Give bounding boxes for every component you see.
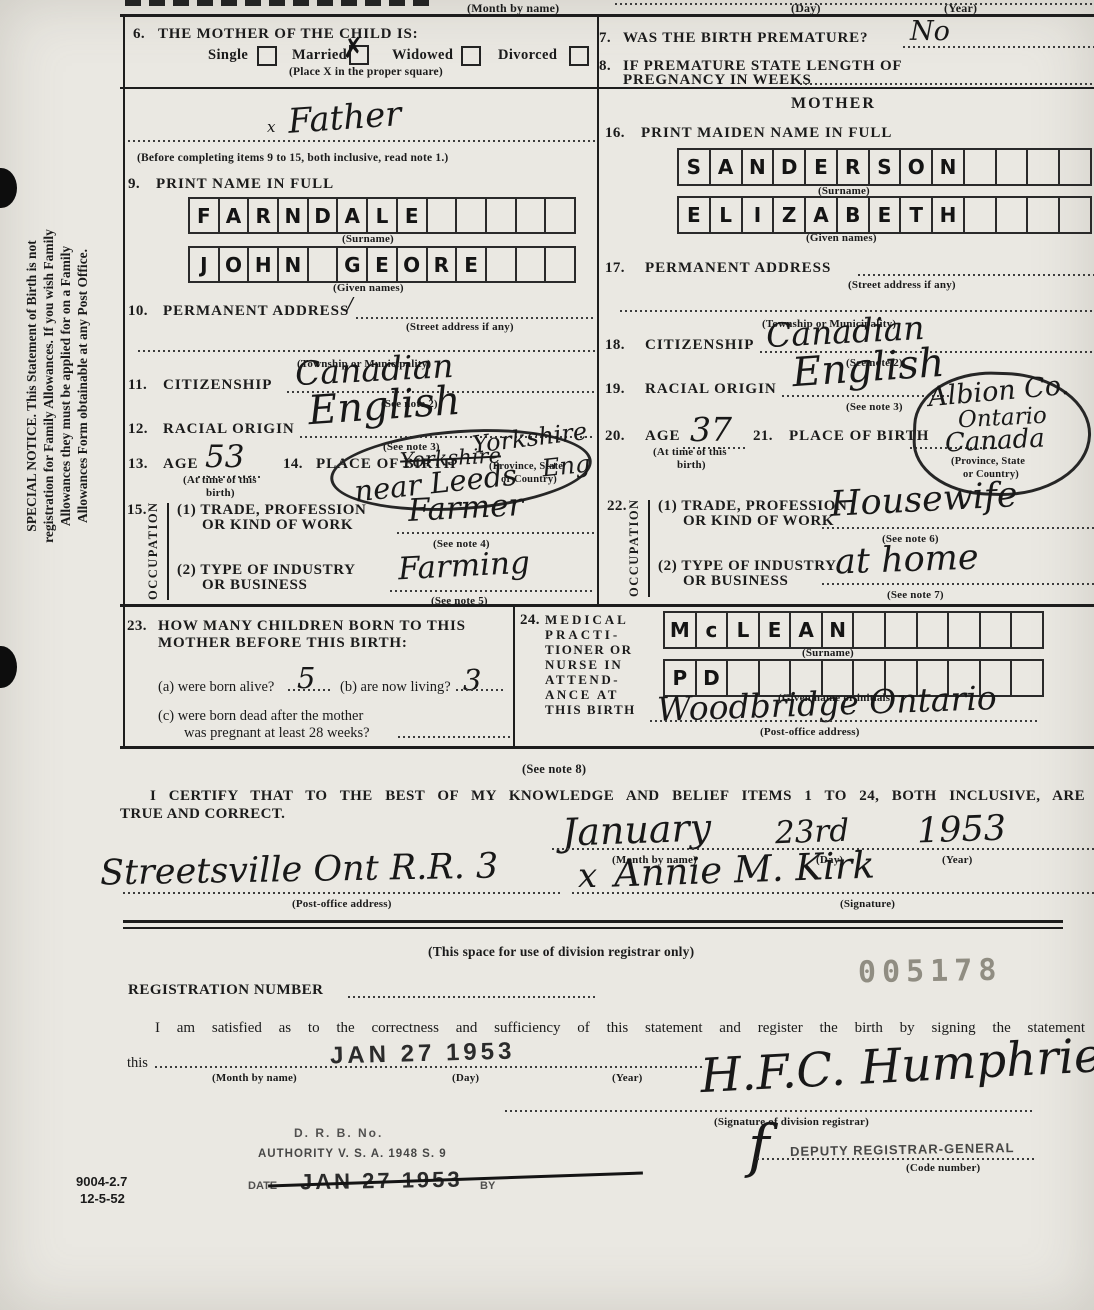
item15-q1-line2: OR KIND OF WORK bbox=[202, 517, 353, 534]
item15-q2-value-handwritten: Farming bbox=[397, 545, 531, 588]
by-label: BY bbox=[480, 1180, 495, 1192]
province-hint-1: (Province, State bbox=[951, 456, 1025, 467]
dotted-line bbox=[123, 892, 560, 894]
letter-cell: N bbox=[277, 199, 307, 232]
item23-line1: HOW MANY CHILDREN BORN TO THIS bbox=[158, 618, 466, 635]
letter-cell: E bbox=[679, 198, 709, 232]
at-time-hint-2: birth) bbox=[206, 487, 235, 499]
item18-label: CITIZENSHIP bbox=[645, 337, 754, 354]
item13-label: AGE bbox=[163, 456, 199, 473]
letter-cell bbox=[1058, 198, 1090, 232]
letter-cell: O bbox=[218, 248, 248, 281]
married-check-mark: ✗ bbox=[340, 32, 366, 65]
letter-cell: c bbox=[695, 613, 727, 647]
letter-cell bbox=[963, 150, 995, 184]
see-note-8-hint: (See note 8) bbox=[522, 762, 586, 777]
registrar-signature-handwritten: H.F.C. Humphries bbox=[699, 1027, 1094, 1104]
option-divorced-label: Divorced bbox=[498, 47, 557, 64]
letter-cell bbox=[515, 199, 545, 232]
dotted-line bbox=[800, 83, 1094, 85]
surname-hint: (Surname) bbox=[342, 233, 394, 245]
item23-line2: MOTHER BEFORE THIS BIRTH: bbox=[158, 635, 408, 652]
post-office-address-hint: (Post-office address) bbox=[292, 898, 392, 910]
special-notice-line: SPECIAL NOTICE. This Statement of Birth … bbox=[23, 150, 40, 622]
signature-of-division-registrar-hint: (Signature of division registrar) bbox=[714, 1116, 869, 1128]
certify-address-handwritten: Streetsville Ont R.R. 3 bbox=[100, 847, 499, 894]
item24-label-line: ANCE AT bbox=[545, 687, 619, 703]
year-hint: (Year) bbox=[942, 854, 973, 866]
letter-cell: R bbox=[836, 150, 868, 184]
option-married-label: Married bbox=[292, 47, 347, 64]
letter-cell bbox=[916, 613, 948, 647]
letter-cell bbox=[947, 613, 979, 647]
hole-punch-top bbox=[0, 168, 17, 208]
this-label: this bbox=[127, 1055, 148, 1072]
letter-cell: M bbox=[665, 613, 695, 647]
letter-cell: O bbox=[899, 150, 931, 184]
dotted-line bbox=[128, 140, 595, 142]
item7-value-handwritten: No bbox=[910, 16, 950, 47]
letter-cell bbox=[485, 199, 515, 232]
item21-label: PLACE OF BIRTH bbox=[789, 428, 929, 445]
item7-label: WAS THE BIRTH PREMATURE? bbox=[623, 30, 868, 47]
item23-qc-line1: (c) were born dead after the mother bbox=[158, 708, 363, 725]
item15-number: 15. bbox=[127, 502, 147, 519]
letter-cell bbox=[963, 198, 995, 232]
occupation-divider bbox=[648, 500, 650, 597]
informant-signature-handwritten: Annie M. Kirk bbox=[613, 843, 875, 895]
letter-cell: E bbox=[366, 248, 396, 281]
certify-line2: TRUE AND CORRECT. bbox=[120, 806, 285, 823]
father-annotation-mark: x bbox=[267, 118, 275, 136]
letter-cell: N bbox=[931, 150, 963, 184]
letter-cell bbox=[979, 613, 1011, 647]
letter-cell: A bbox=[336, 199, 366, 232]
special-notice-line: Allowances they must be applied for on a… bbox=[57, 150, 74, 622]
letter-cell bbox=[307, 248, 337, 281]
item23-qb-value-handwritten: 3 bbox=[463, 663, 481, 697]
given-names-hint: (Given names) bbox=[333, 282, 404, 294]
double-rule-bottom bbox=[123, 927, 1063, 929]
letter-cell bbox=[455, 199, 485, 232]
registrar-space-note: (This space for use of division registra… bbox=[428, 944, 694, 960]
letter-cell: A bbox=[709, 150, 741, 184]
item24-label-line: ATTEND- bbox=[545, 672, 620, 688]
certify-line1: I CERTIFY THAT TO THE BEST OF MY KNOWLED… bbox=[150, 788, 1085, 805]
letter-cell bbox=[485, 248, 515, 281]
at-time-hint-1: (At time of this bbox=[183, 474, 257, 486]
item14-number: 14. bbox=[283, 456, 303, 473]
item8-label-line2: PREGNANCY IN WEEKS bbox=[623, 72, 812, 89]
letter-cell bbox=[884, 613, 916, 647]
item24-label-line: THIS BIRTH bbox=[545, 702, 636, 718]
registration-number-label: REGISTRATION NUMBER bbox=[128, 982, 324, 999]
letter-cell: O bbox=[396, 248, 426, 281]
letter-cell: S bbox=[679, 150, 709, 184]
dotted-line bbox=[903, 46, 1094, 48]
letter-cell: T bbox=[899, 198, 931, 232]
hole-punch-bottom bbox=[0, 646, 17, 688]
item19-value-handwritten: English bbox=[791, 340, 946, 397]
code-number-hint: (Code number) bbox=[906, 1162, 980, 1174]
mother-header: MOTHER bbox=[791, 95, 876, 113]
dotted-line bbox=[650, 720, 1040, 722]
letter-cell bbox=[995, 150, 1027, 184]
item21-value3-handwritten: Canada bbox=[944, 423, 1045, 458]
dotted-line bbox=[572, 892, 1094, 894]
practitioner-surname-boxes: McLEAN bbox=[663, 611, 1044, 649]
day-hint: (Day) bbox=[452, 1072, 479, 1084]
given-names-hint: (Given names) bbox=[806, 232, 877, 244]
item6-label: THE MOTHER OF THE CHILD IS: bbox=[158, 26, 418, 43]
deputy-registrar-general-stamp: DEPUTY REGISTRAR-GENERAL bbox=[790, 1140, 1015, 1159]
item22-q1-line2: OR KIND OF WORK bbox=[683, 513, 834, 530]
letter-cell: H bbox=[931, 198, 963, 232]
street-address-hint: (Street address if any) bbox=[406, 321, 514, 333]
horizontal-rule bbox=[120, 87, 1094, 89]
item20-value-handwritten: 37 bbox=[690, 410, 732, 449]
item24-label-line: MEDICAL bbox=[545, 612, 629, 628]
dotted-line bbox=[348, 996, 596, 998]
item21-number: 21. bbox=[753, 428, 773, 445]
authority-label: AUTHORITY V. S. A. 1948 S. 9 bbox=[258, 1148, 447, 1160]
option-widowed-label: Widowed bbox=[392, 47, 453, 64]
letter-cell: L bbox=[366, 199, 396, 232]
occupation-side-label: OCCUPATION bbox=[146, 503, 161, 600]
dotted-line bbox=[615, 3, 1094, 5]
item20-label: AGE bbox=[645, 428, 681, 445]
dotted-line bbox=[356, 317, 595, 319]
letter-cell bbox=[515, 248, 545, 281]
item22-number: 22. bbox=[607, 498, 627, 515]
item12-value-handwritten: English bbox=[307, 378, 462, 435]
item24-label-line: TIONER OR bbox=[545, 642, 633, 658]
item15-q1-value-handwritten: Farmer bbox=[407, 487, 524, 529]
letter-cell bbox=[1026, 150, 1058, 184]
letter-cell: E bbox=[396, 199, 426, 232]
item13-value-handwritten: 53 bbox=[205, 439, 244, 475]
occupation-divider bbox=[167, 503, 169, 600]
letter-cell bbox=[1026, 198, 1058, 232]
double-rule-top bbox=[123, 920, 1063, 923]
dotted-line bbox=[398, 736, 510, 738]
item24-number: 24. bbox=[520, 612, 540, 629]
letter-cell bbox=[426, 199, 456, 232]
post-office-address-hint: (Post-office address) bbox=[760, 726, 860, 738]
date-registered-stamp: JAN 27 1953 bbox=[330, 1038, 516, 1071]
dotted-line bbox=[757, 1158, 1035, 1160]
letter-cell: N bbox=[277, 248, 307, 281]
item12-number: 12. bbox=[128, 421, 148, 438]
mother-given-boxes: ELIZABETH bbox=[677, 196, 1092, 234]
item23-qb-label: (b) are now living? bbox=[340, 679, 451, 696]
dotted-line bbox=[397, 532, 595, 534]
year-hint: (Year) bbox=[612, 1072, 643, 1084]
column-divider bbox=[597, 16, 599, 605]
item6-number: 6. bbox=[133, 26, 145, 43]
letter-cell bbox=[995, 198, 1027, 232]
section-divider bbox=[513, 604, 515, 748]
occupation-side-label: OCCUPATION bbox=[627, 500, 642, 597]
item16-number: 16. bbox=[605, 125, 625, 142]
letter-cell: L bbox=[726, 613, 758, 647]
item7-number: 7. bbox=[599, 30, 611, 47]
item11-number: 11. bbox=[128, 377, 147, 394]
letter-cell: A bbox=[804, 198, 836, 232]
form-code-line1: 9004-2.7 bbox=[76, 1174, 127, 1189]
letter-cell: E bbox=[758, 613, 790, 647]
certify-year-handwritten: 1953 bbox=[916, 808, 1006, 851]
form-code-line2: 12-5-52 bbox=[80, 1191, 125, 1206]
divorced-checkbox bbox=[569, 46, 589, 66]
letter-cell bbox=[852, 613, 884, 647]
item18-number: 18. bbox=[605, 337, 625, 354]
letter-cell: R bbox=[247, 199, 277, 232]
item9-number: 9. bbox=[128, 176, 140, 193]
item10-handwritten-mark: / bbox=[347, 294, 353, 315]
horizontal-rule bbox=[120, 746, 1094, 749]
registration-number-stamp: 005178 bbox=[858, 953, 1003, 991]
item10-label: PERMANENT ADDRESS bbox=[163, 303, 349, 320]
drb-number-label: D. R. B. No. bbox=[294, 1126, 383, 1140]
at-time-hint-1: (At time of this bbox=[653, 446, 727, 458]
widowed-checkbox bbox=[461, 46, 481, 66]
item8-number: 8. bbox=[599, 58, 611, 75]
dotted-line bbox=[288, 689, 330, 691]
dotted-line bbox=[456, 689, 506, 691]
letter-cell: L bbox=[709, 198, 741, 232]
item23-qc-line2: was pregnant at least 28 weeks? bbox=[184, 725, 370, 742]
letter-cell: B bbox=[836, 198, 868, 232]
street-address-hint: (Street address if any) bbox=[848, 279, 956, 291]
month-hint: (Month by name) bbox=[212, 1072, 297, 1084]
item17-label: PERMANENT ADDRESS bbox=[645, 260, 831, 277]
item22-q2-value-handwritten: at home bbox=[834, 538, 979, 583]
letter-cell bbox=[1010, 661, 1042, 695]
item19-label: RACIAL ORIGIN bbox=[645, 381, 777, 398]
signature-hint: (Signature) bbox=[840, 898, 895, 910]
item12-label: RACIAL ORIGIN bbox=[163, 421, 295, 438]
letter-cell: D bbox=[307, 199, 337, 232]
father-surname-boxes: FARNDALE bbox=[188, 197, 576, 234]
item24-label-line: PRACTI- bbox=[545, 627, 620, 643]
dotted-line bbox=[822, 527, 1094, 529]
father-note: (Before completing items 9 to 15, both i… bbox=[137, 152, 448, 164]
mother-surname-boxes: SANDERSON bbox=[677, 148, 1092, 186]
letter-cell: E bbox=[804, 150, 836, 184]
left-border bbox=[123, 14, 125, 747]
letter-cell: E bbox=[455, 248, 485, 281]
dotted-line bbox=[822, 583, 1094, 585]
letter-cell: J bbox=[190, 248, 218, 281]
letter-cell: D bbox=[772, 150, 804, 184]
dotted-line bbox=[390, 590, 595, 592]
surname-hint: (Surname) bbox=[802, 647, 854, 659]
item13-number: 13. bbox=[128, 456, 148, 473]
letter-cell bbox=[544, 199, 574, 232]
dotted-line bbox=[858, 274, 1094, 276]
father-given-boxes: JOHNGEORE bbox=[188, 246, 576, 283]
item23-qa-label: (a) were born alive? bbox=[158, 679, 274, 696]
horizontal-rule bbox=[120, 604, 1094, 607]
single-checkbox bbox=[257, 46, 277, 66]
item15-q2-line2: OR BUSINESS bbox=[202, 577, 307, 594]
for-mark-handwritten: f bbox=[748, 1112, 769, 1180]
see-note-3-hint: (See note 3) bbox=[846, 401, 903, 413]
item20-number: 20. bbox=[605, 428, 625, 445]
item22-q1-value-handwritten: Housewife bbox=[829, 475, 1018, 525]
item10-number: 10. bbox=[128, 303, 148, 320]
special-notice: SPECIAL NOTICE. This Statement of Birth … bbox=[23, 150, 93, 622]
item22-q2-line2: OR BUSINESS bbox=[683, 573, 788, 590]
item17-number: 17. bbox=[605, 260, 625, 277]
letter-cell bbox=[544, 248, 574, 281]
letter-cell: E bbox=[868, 198, 900, 232]
special-notice-line: Allowances Form obtainable at any Post O… bbox=[74, 150, 91, 622]
birth-registration-form: SPECIAL NOTICE. This Statement of Birth … bbox=[0, 0, 1094, 1310]
letter-cell: R bbox=[426, 248, 456, 281]
letter-cell: A bbox=[218, 199, 248, 232]
father-annotation-handwritten: Father bbox=[287, 94, 403, 142]
item19-number: 19. bbox=[605, 381, 625, 398]
letter-cell: G bbox=[336, 248, 366, 281]
item11-label: CITIZENSHIP bbox=[163, 377, 272, 394]
item9-label: PRINT NAME IN FULL bbox=[156, 176, 334, 193]
letter-cell: A bbox=[789, 613, 821, 647]
letter-cell: H bbox=[247, 248, 277, 281]
see-note-7-hint: (See note 7) bbox=[887, 589, 944, 601]
letter-cell: Z bbox=[772, 198, 804, 232]
signature-x-mark: x bbox=[578, 856, 597, 896]
letter-cell: N bbox=[741, 150, 773, 184]
letter-cell: S bbox=[868, 150, 900, 184]
item6-hint: (Place X in the proper square) bbox=[289, 66, 443, 78]
registrar-statement: I am satisfied as to the correctness and… bbox=[155, 1020, 1085, 1037]
letter-cell bbox=[1058, 150, 1090, 184]
special-notice-line: registration for Family Allowances. If y… bbox=[40, 150, 57, 622]
letter-cell: F bbox=[190, 199, 218, 232]
at-time-hint-2: birth) bbox=[677, 459, 706, 471]
item23-number: 23. bbox=[127, 618, 147, 635]
letter-cell: I bbox=[741, 198, 773, 232]
item24-label-line: NURSE IN bbox=[545, 657, 623, 673]
option-single-label: Single bbox=[208, 47, 248, 64]
dotted-line bbox=[505, 1110, 1035, 1112]
letter-cell: N bbox=[821, 613, 853, 647]
cutoff-row-remnant bbox=[125, 0, 430, 6]
item16-label: PRINT MAIDEN NAME IN FULL bbox=[641, 125, 892, 142]
letter-cell bbox=[1010, 613, 1042, 647]
